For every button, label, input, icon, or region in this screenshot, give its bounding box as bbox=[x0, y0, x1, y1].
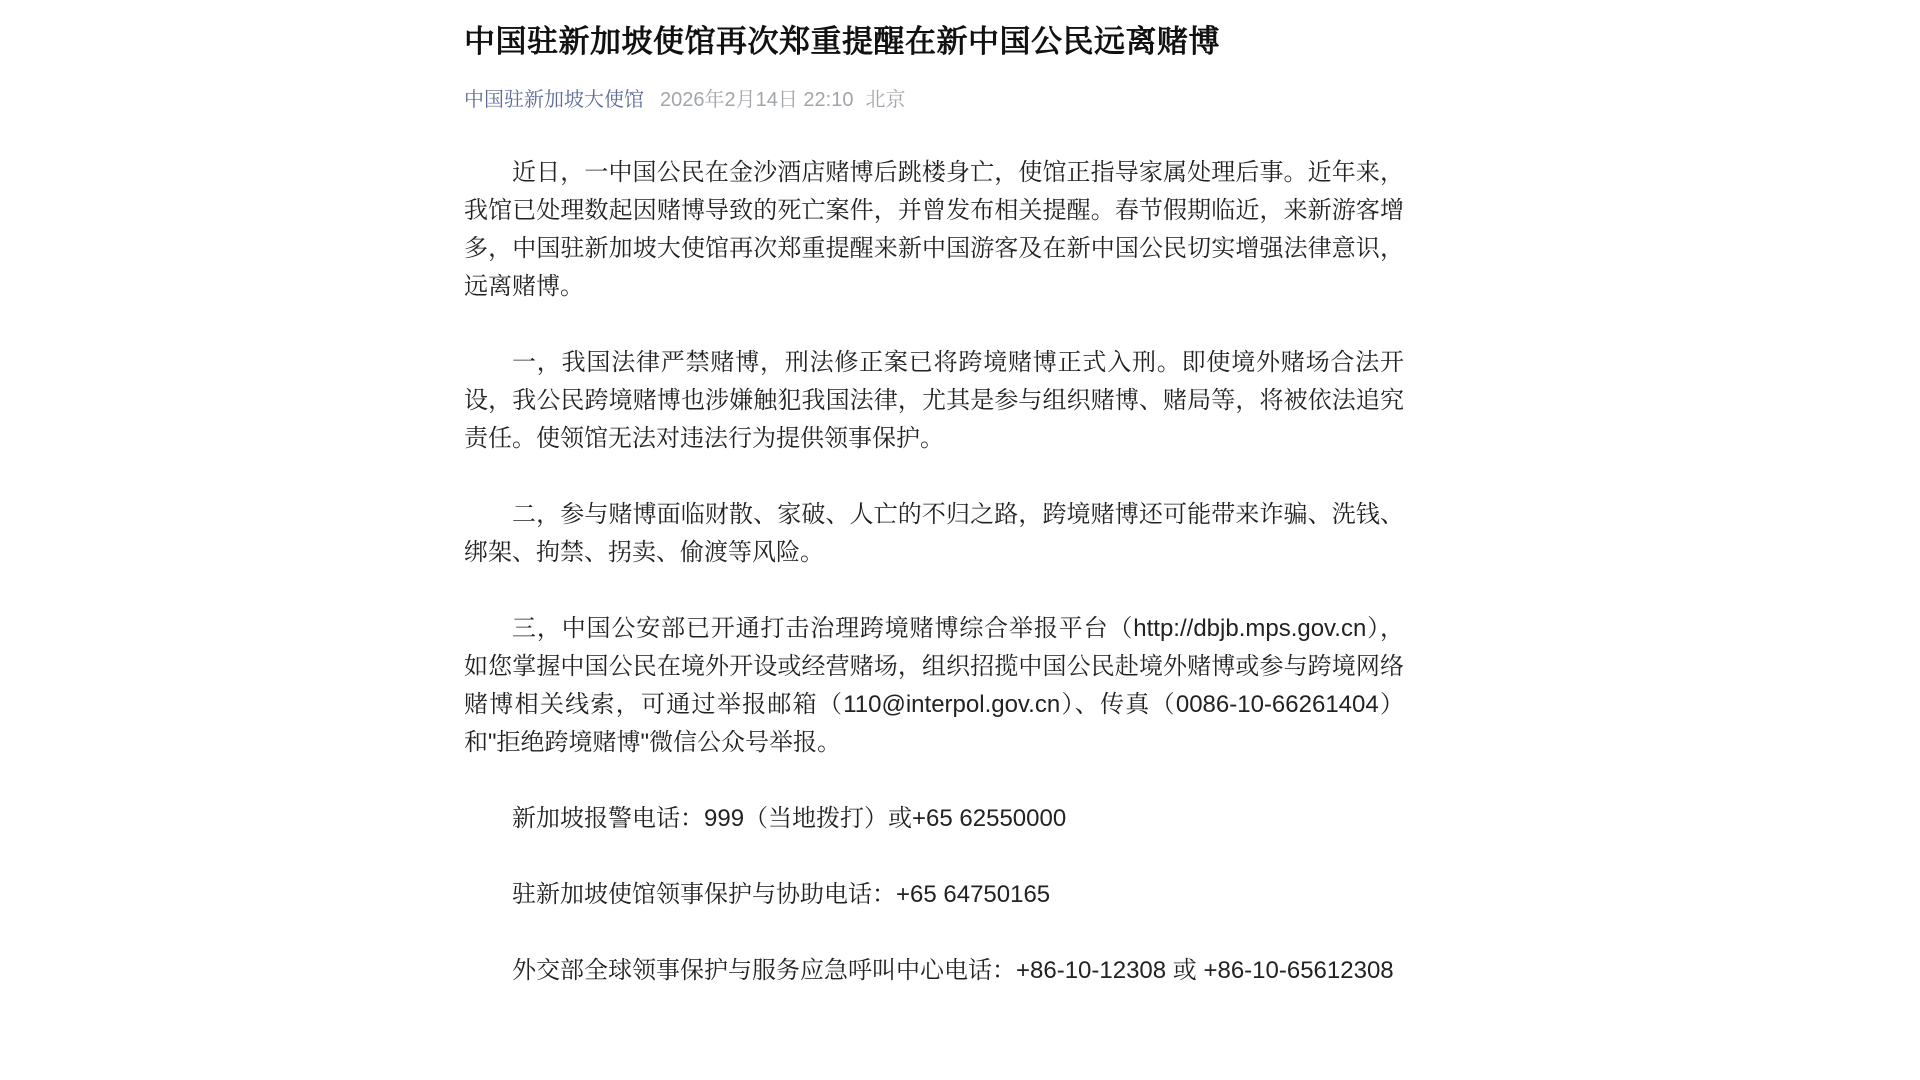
article-paragraph: 一，我国法律严禁赌博，刑法修正案已将跨境赌博正式入刑。即使境外赌场合法开设，我公… bbox=[464, 344, 1404, 458]
publish-location: 北京 bbox=[865, 89, 905, 111]
publish-date: 2026年2月14日 22:10 bbox=[660, 89, 853, 111]
article-paragraph: 驻新加坡使馆领事保护与协助电话：+65 64750165 bbox=[464, 876, 1404, 914]
article-body: 近日，一中国公民在金沙酒店赌博后跳楼身亡，使馆正指导家属处理后事。近年来，我馆已… bbox=[464, 154, 1404, 990]
byline: 中国驻新加坡大使馆2026年2月14日 22:10北京 bbox=[464, 88, 1404, 112]
article-paragraph: 外交部全球领事保护与服务应急呼叫中心电话：+86-10-12308 或 +86-… bbox=[464, 952, 1404, 990]
source-link[interactable]: 中国驻新加坡大使馆 bbox=[464, 89, 644, 111]
article-paragraph: 二，参与赌博面临财散、家破、人亡的不归之路，跨境赌博还可能带来诈骗、洗钱、绑架、… bbox=[464, 496, 1404, 572]
article-paragraph: 三，中国公安部已开通打击治理跨境赌博综合举报平台（http://dbjb.mps… bbox=[464, 610, 1404, 762]
article-paragraph: 新加坡报警电话：999（当地拨打）或+65 62550000 bbox=[464, 800, 1404, 838]
article-container: 中国驻新加坡使馆再次郑重提醒在新中国公民远离赌博 中国驻新加坡大使馆2026年2… bbox=[464, 20, 1404, 1028]
article-title: 中国驻新加坡使馆再次郑重提醒在新中国公民远离赌博 bbox=[464, 20, 1404, 64]
article-paragraph: 近日，一中国公民在金沙酒店赌博后跳楼身亡，使馆正指导家属处理后事。近年来，我馆已… bbox=[464, 154, 1404, 306]
